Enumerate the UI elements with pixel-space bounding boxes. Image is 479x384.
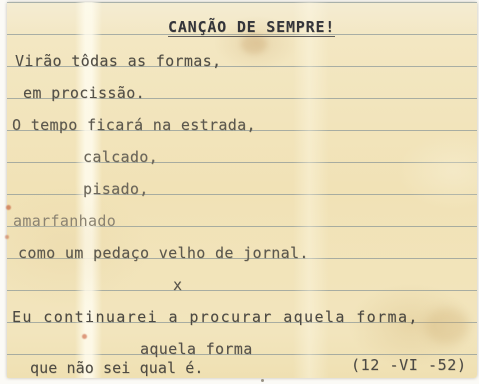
poem-line: Eu continuarei a procurar aquela forma,: [12, 309, 419, 325]
scanned-document: CANÇÃO DE SEMPRE! Virão tôdas as formas,…: [0, 0, 479, 384]
poem-line: O tempo ficará na estrada,: [12, 117, 256, 133]
stanza-separator: x: [173, 277, 182, 293]
poem-line: Virão tôdas as formas,: [15, 53, 221, 69]
poem-title: CANÇÃO DE SEMPRE!: [168, 19, 335, 37]
date-stamp: (12 -VI -52): [351, 357, 467, 373]
ink-speck: [261, 379, 264, 382]
poem-line: calcado,: [83, 149, 158, 165]
poem-line: que não sei qual é.: [30, 360, 203, 376]
poem-line: aquela forma: [140, 341, 253, 357]
poem-line: pisado,: [83, 181, 149, 197]
poem-line: amarfanhado: [13, 213, 116, 229]
poem-line: como um pedaço velho de jornal.: [18, 245, 309, 261]
poem-line: em procissão.: [23, 85, 145, 101]
